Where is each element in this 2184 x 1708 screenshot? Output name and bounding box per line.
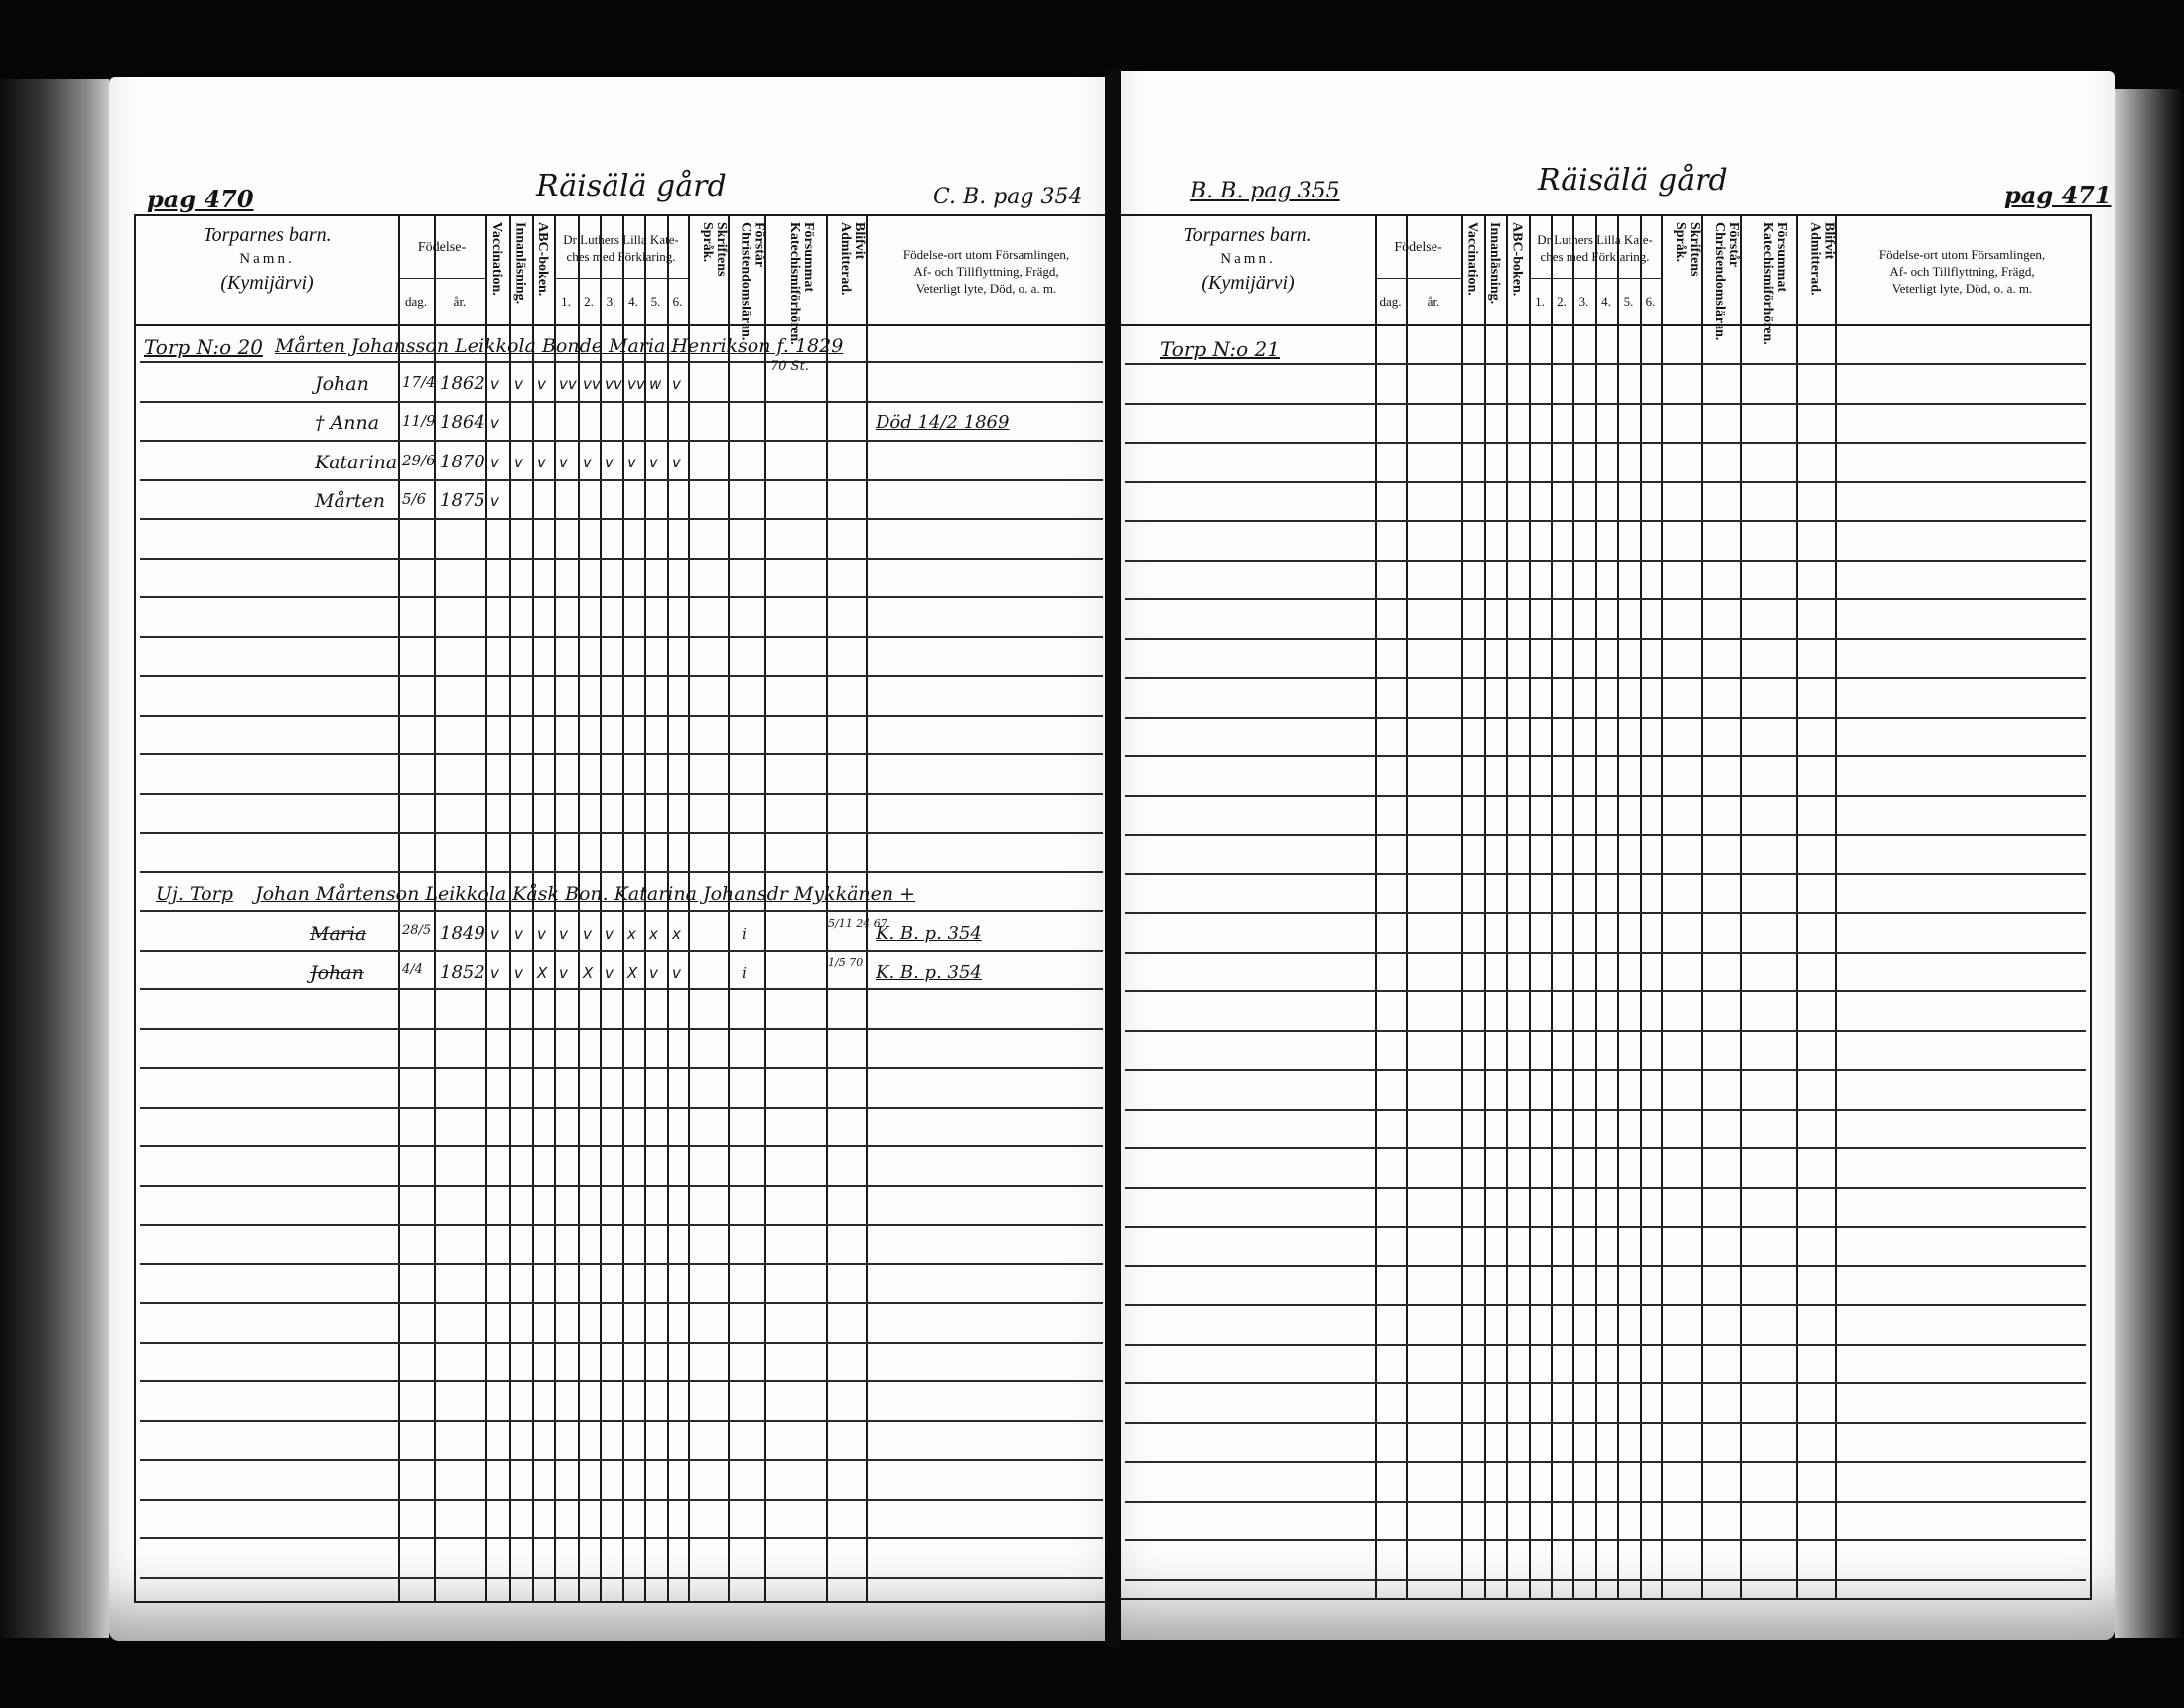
child-name: Johan	[315, 373, 369, 395]
row-line	[1125, 1304, 2086, 1306]
row-line	[1125, 403, 2086, 405]
innanlasning-header: Innanläsning.	[513, 222, 527, 320]
row-line	[1125, 1109, 2086, 1111]
register-table: Torparnes barn.Namn.(Kymijärvi)Födelse-d…	[1121, 214, 2092, 1600]
remark-text: K. B. p. 354	[876, 923, 982, 944]
column-divider	[1640, 216, 1642, 1598]
register-table: Torparnes barn.Namn.(Kymijärvi)Födelse-d…	[134, 214, 1107, 1603]
row-line	[1125, 873, 2086, 875]
column-divider	[1461, 216, 1463, 1598]
check-mark: v	[537, 454, 546, 471]
check-mark: v	[514, 964, 523, 982]
child-name: Katarina	[315, 452, 397, 473]
remark-text: Död 14/2 1869	[876, 412, 1009, 433]
catechism-line1: Dr Luthers Lilla Kate-	[563, 231, 679, 248]
row-line	[140, 518, 1103, 520]
christendom-mark: i	[742, 964, 747, 982]
column-divider	[764, 216, 766, 1601]
check-mark: X	[537, 964, 547, 982]
row-line	[140, 558, 1103, 560]
row-line	[1125, 1461, 2086, 1463]
check-mark: v	[627, 454, 636, 471]
row-line	[1125, 520, 2086, 522]
check-mark: v	[514, 375, 523, 393]
catechism-line1: Dr Luthers Lilla Kate-	[1537, 231, 1653, 248]
name-column-header: Torparnes barn.Namn.(Kymijärvi)	[136, 224, 398, 295]
column-divider	[1529, 216, 1531, 1598]
column-divider	[826, 216, 828, 1601]
book-spine	[1105, 69, 1121, 1647]
row-line	[1125, 1344, 2086, 1346]
column-divider	[1796, 216, 1798, 1598]
row-line	[1125, 1501, 2086, 1503]
row-line	[140, 1028, 1103, 1030]
row-line	[140, 1577, 1103, 1579]
birth-day: 5/6	[402, 490, 426, 508]
row-line	[140, 1185, 1103, 1187]
birth-day-header: dag.	[398, 278, 434, 324]
catechism-part-header: 3.	[600, 278, 622, 324]
row-line	[140, 1302, 1103, 1304]
page-number: pag 471	[2004, 181, 2112, 209]
row-line	[140, 596, 1103, 598]
check-mark: x	[649, 925, 658, 943]
birth-year: 1870	[440, 452, 485, 472]
row-line	[1125, 598, 2086, 600]
catechism-part-header: 5.	[1617, 278, 1640, 324]
catechism-part-header: 3.	[1572, 278, 1595, 324]
row-line	[1125, 717, 2086, 719]
row-line	[1125, 1579, 2086, 1581]
column-divider	[1701, 216, 1703, 1598]
head-of-household: Johan Mårtenson Leikkola Kåsk Bon. Katar…	[255, 883, 915, 905]
row-line	[1125, 638, 2086, 640]
column-divider	[1661, 216, 1663, 1598]
column-divider	[1835, 216, 1837, 1598]
christendom-mark: i	[742, 925, 747, 943]
name-column-header: Torparnes barn.Namn.(Kymijärvi)	[1121, 224, 1375, 295]
check-mark: v	[490, 414, 499, 432]
remark-text: K. B. p. 354	[876, 962, 982, 983]
child-name: † Anna	[315, 412, 379, 434]
forsummat-katechismiforhoren-header: Försummat Katechismiförhören.	[1760, 222, 1788, 320]
check-mark: v	[672, 964, 681, 982]
catechism-part-header: 4.	[622, 278, 644, 324]
household-heading: Uj. Torp	[156, 883, 233, 905]
column-divider	[1572, 216, 1574, 1598]
birth-group-header: Födelse-	[1375, 216, 1461, 278]
forstar-christendomslaran-header: Förstår Christendomsläran.	[739, 222, 766, 320]
birth-year: 1864	[440, 412, 485, 433]
check-mark: w	[649, 375, 661, 393]
check-mark: x	[627, 925, 636, 943]
row-line	[1125, 1030, 2086, 1032]
forsummat-katechismiforhoren-header: Försummat Katechismiförhören.	[787, 222, 815, 320]
check-mark: vv	[583, 375, 601, 393]
column-divider	[485, 216, 487, 1601]
column-divider	[1375, 216, 1377, 1598]
row-line	[140, 871, 1103, 873]
remarks-header-line3: Veterligt lyte, Död, o. a. m.	[1892, 280, 2033, 297]
check-mark: v	[537, 375, 546, 393]
check-mark: vv	[605, 375, 622, 393]
child-name: Mårten	[315, 490, 385, 512]
blifvit-admitterad-header: Blifvit Admitterad.	[838, 222, 866, 320]
row-line	[140, 401, 1103, 403]
column-divider	[509, 216, 511, 1601]
column-divider	[554, 216, 556, 1601]
remarks-column-header: Födelse-ort utom Församlingen,Af- och Ti…	[866, 226, 1107, 316]
head-of-household: Mårten Johansson Leikkola Bonde Maria He…	[275, 335, 843, 357]
row-line	[1125, 677, 2086, 679]
household-heading: Torp N:o 21	[1160, 337, 1280, 361]
row-line	[140, 950, 1103, 952]
admitted-date: 1/5 70	[828, 956, 863, 969]
household-heading: Torp N:o 20	[144, 335, 263, 359]
catechism-line2: ches med Förklaring.	[1540, 248, 1649, 265]
row-line	[140, 1420, 1103, 1422]
vaccination-header: Vaccination.	[489, 222, 503, 320]
child-name: Johan	[310, 962, 364, 984]
row-line	[1125, 1382, 2086, 1384]
birth-day: 17/4	[402, 373, 436, 391]
row-line	[140, 1263, 1103, 1265]
birth-year-header: år.	[434, 278, 485, 324]
row-line	[140, 440, 1103, 442]
row-line	[140, 1380, 1103, 1382]
row-line	[1125, 795, 2086, 797]
abc-book-header: ABC-boken.	[1510, 222, 1524, 320]
row-line	[140, 1145, 1103, 1147]
catechism-group-header: Dr Luthers Lilla Kate-ches med Förklarin…	[1529, 220, 1661, 276]
check-mark: v	[514, 925, 523, 943]
row-line	[1125, 1422, 2086, 1424]
check-mark: v	[649, 964, 658, 982]
column-divider	[688, 216, 690, 1601]
column-divider	[728, 216, 730, 1601]
catechism-part-header: 2.	[1551, 278, 1572, 324]
row-line	[1125, 990, 2086, 992]
remarks-column-header: Födelse-ort utom Församlingen,Af- och Ti…	[1835, 226, 2090, 316]
row-line	[1125, 912, 2086, 914]
column-divider	[578, 216, 580, 1601]
row-line	[1125, 442, 2086, 444]
row-line	[140, 715, 1103, 717]
row-line	[140, 1499, 1103, 1501]
row-line	[140, 1224, 1103, 1226]
row-line	[140, 753, 1103, 755]
page-stack-left-edge	[0, 79, 109, 1638]
birth-day: 29/6	[402, 452, 436, 469]
column-divider	[532, 216, 534, 1601]
row-line	[140, 1067, 1103, 1069]
page-stack-right-edge	[2115, 89, 2184, 1638]
name-header-handwritten: Torparnes barn.	[1121, 224, 1375, 247]
check-mark: v	[605, 454, 614, 471]
row-line	[1125, 1187, 2086, 1189]
name-header-label: Namn.	[1121, 251, 1375, 268]
check-mark: v	[672, 375, 681, 393]
row-line	[140, 910, 1103, 912]
column-divider	[1551, 216, 1553, 1598]
catechism-part-header: 6.	[1640, 278, 1661, 324]
row-line	[1125, 755, 2086, 757]
row-line	[140, 988, 1103, 990]
check-mark: v	[605, 964, 614, 982]
birth-year-header: år.	[1406, 278, 1461, 324]
row-line	[140, 1459, 1103, 1461]
remarks-header-line2: Af- och Tillflyttning, Frägd,	[913, 263, 1058, 280]
check-mark: v	[672, 454, 681, 471]
child-name: Maria	[310, 923, 366, 945]
birth-day-header: dag.	[1375, 278, 1406, 324]
innanlasning-header: Innanläsning.	[1487, 222, 1501, 320]
catechism-part-header: 1.	[554, 278, 578, 324]
page-title: Räisälä gård	[536, 169, 727, 203]
row-line	[140, 636, 1103, 638]
birth-day: 28/5	[402, 923, 431, 938]
catechism-part-header: 1.	[1529, 278, 1551, 324]
remarks-header-line1: Födelse-ort utom Församlingen,	[1879, 246, 2045, 263]
check-mark: v	[537, 925, 546, 943]
check-mark: vv	[627, 375, 645, 393]
name-header-label: Namn.	[136, 251, 398, 268]
row-line	[140, 1537, 1103, 1539]
check-mark: v	[559, 925, 568, 943]
column-divider	[1617, 216, 1619, 1598]
column-divider	[600, 216, 602, 1601]
birth-year: 1849	[440, 923, 485, 944]
catechism-group-header: Dr Luthers Lilla Kate-ches med Förklarin…	[554, 220, 688, 276]
name-header-sub: (Kymijärvi)	[1121, 272, 1375, 295]
skriftens-sprak-header: Skriftens Språk.	[1673, 222, 1701, 320]
remarks-header-line3: Veterligt lyte, Död, o. a. m.	[916, 280, 1057, 297]
column-divider	[866, 216, 868, 1601]
row-line	[140, 675, 1103, 677]
birth-year: 1862	[440, 373, 485, 394]
row-line	[1125, 1226, 2086, 1228]
birth-group-header: Födelse-	[398, 216, 485, 278]
abc-book-header: ABC-boken.	[535, 222, 549, 320]
blifvit-admitterad-header: Blifvit Admitterad.	[1808, 222, 1836, 320]
row-line	[140, 479, 1103, 481]
page-number: pag 470	[147, 185, 254, 213]
row-line	[1125, 1069, 2086, 1071]
name-header-sub: (Kymijärvi)	[136, 272, 398, 295]
catechism-part-header: 2.	[578, 278, 600, 324]
row-line	[1125, 1539, 2086, 1541]
check-mark: v	[490, 454, 499, 471]
skriftens-sprak-header: Skriftens Språk.	[700, 222, 728, 320]
check-mark: x	[672, 925, 681, 943]
row-line	[1125, 1147, 2086, 1149]
check-mark: vv	[559, 375, 577, 393]
row-line	[140, 1107, 1103, 1109]
forstar-christendomslaran-header: Förstår Christendomsläran.	[1712, 222, 1740, 320]
name-header-handwritten: Torparnes barn.	[136, 224, 398, 247]
catechism-line2: ches med Förklaring.	[566, 248, 675, 265]
row-line	[1125, 952, 2086, 954]
row-line	[140, 1342, 1103, 1344]
remarks-header-line1: Födelse-ort utom Församlingen,	[903, 246, 1069, 263]
catechism-part-header: 6.	[667, 278, 688, 324]
header-divider	[1121, 324, 2090, 326]
check-mark: v	[649, 454, 658, 471]
catechism-part-header: 4.	[1595, 278, 1617, 324]
column-divider	[1406, 216, 1408, 1598]
right-page: B. B. pag 355 Räisälä gård pag 471 Torpa…	[1121, 71, 2115, 1640]
check-mark: v	[583, 454, 592, 471]
row-line	[1125, 363, 2086, 365]
header-divider	[136, 324, 1107, 326]
column-divider	[667, 216, 669, 1601]
check-mark: v	[514, 454, 523, 471]
birth-day: 11/9	[402, 412, 436, 430]
remarks-header-line2: Af- och Tillflyttning, Frägd,	[1889, 263, 2034, 280]
row-line	[140, 793, 1103, 795]
cross-reference: C. B. pag 354	[933, 185, 1082, 209]
check-mark: v	[490, 375, 499, 393]
vaccination-header: Vaccination.	[1465, 222, 1479, 320]
row-line	[1125, 481, 2086, 483]
check-mark: v	[490, 925, 499, 943]
column-divider	[644, 216, 646, 1601]
left-page: pag 470 Räisälä gård C. B. pag 354 Torpa…	[109, 77, 1106, 1641]
check-mark: X	[583, 964, 593, 982]
check-mark: X	[627, 964, 637, 982]
column-divider	[1484, 216, 1486, 1598]
row-line	[1125, 834, 2086, 836]
column-divider	[1595, 216, 1597, 1598]
column-divider	[398, 216, 400, 1601]
birth-day: 4/4	[402, 962, 423, 977]
check-mark: v	[583, 925, 592, 943]
check-mark: v	[559, 454, 568, 471]
row-line	[140, 832, 1103, 834]
birth-year: 1875	[440, 490, 485, 511]
check-mark: v	[559, 964, 568, 982]
catechism-part-header: 5.	[644, 278, 667, 324]
katechism-note: 70 St.	[770, 359, 809, 374]
row-line	[1125, 1265, 2086, 1267]
row-line	[1125, 560, 2086, 562]
check-mark: v	[490, 964, 499, 982]
column-divider	[1506, 216, 1508, 1598]
check-mark: v	[605, 925, 614, 943]
row-line	[140, 361, 1103, 363]
birth-year: 1852	[440, 962, 485, 983]
column-divider	[1740, 216, 1742, 1598]
page-title: Räisälä gård	[1538, 163, 1728, 197]
check-mark: v	[490, 492, 499, 510]
column-divider	[622, 216, 624, 1601]
cross-reference: B. B. pag 355	[1190, 179, 1340, 203]
